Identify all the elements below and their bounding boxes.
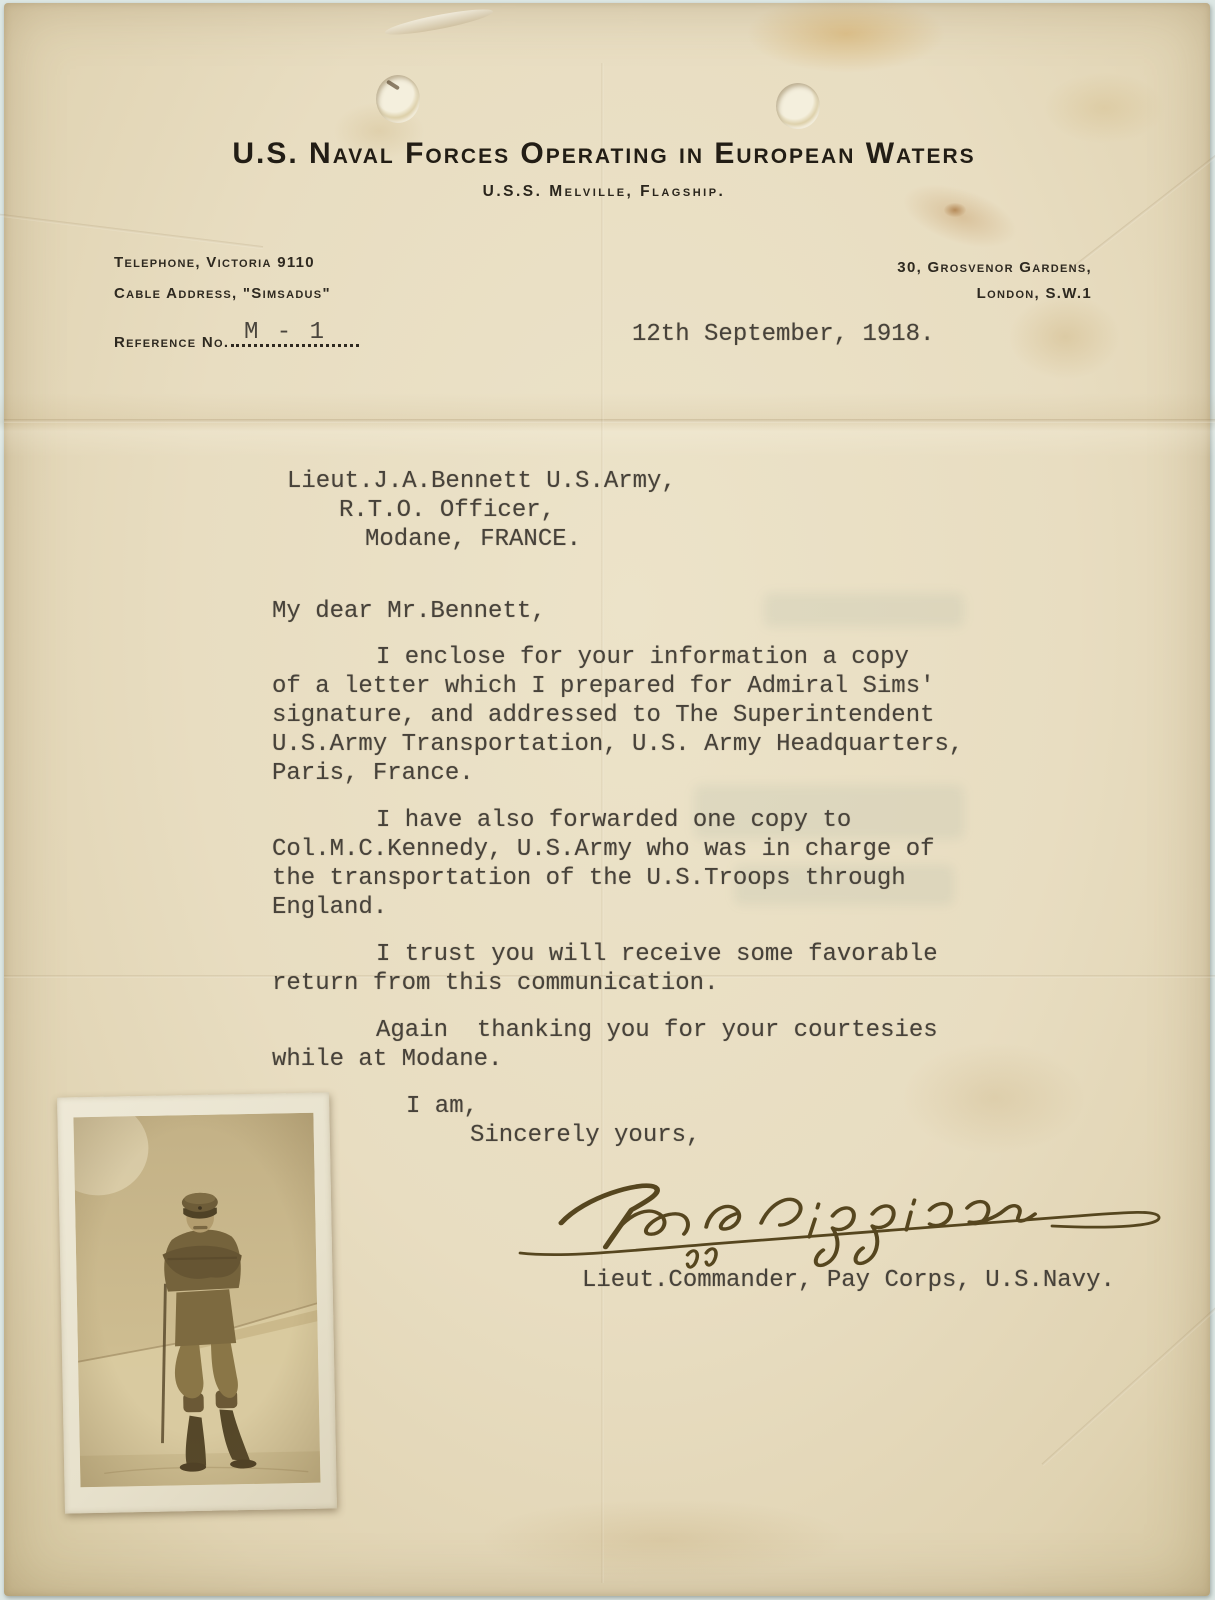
reference-number: M - 1 — [244, 319, 326, 346]
telephone-line: Telephone, Victoria 9110 — [114, 247, 331, 278]
stain — [1044, 73, 1164, 143]
stain — [746, 0, 946, 73]
wrinkle — [384, 5, 495, 40]
letter-paper: U.S. Naval Forces Operating in European … — [4, 3, 1210, 1596]
paragraph-1: I enclose for your information a copy of… — [272, 643, 998, 788]
wrinkle — [0, 212, 263, 249]
recipient-address-block: Lieut.J.A.Bennett U.S.Army, R.T.O. Offic… — [287, 467, 676, 554]
letterhead-address-block: 30, Grosvenor Gardens, London, S.W.1 — [897, 255, 1092, 307]
letterhead-title: U.S. Naval Forces Operating in European … — [4, 137, 1204, 171]
closing-line-1: I am, — [272, 1092, 998, 1121]
letter-date: 12th September, 1918. — [632, 321, 934, 348]
scanned-letter-document: U.S. Naval Forces Operating in European … — [0, 0, 1215, 1600]
signer-title-line: Lieut.Commander, Pay Corps, U.S.Navy. — [582, 1267, 1115, 1294]
paragraph-2: I have also forwarded one copy to Col.M.… — [272, 806, 998, 922]
letterhead-contact-block: Telephone, Victoria 9110 Cable Address, … — [114, 247, 331, 309]
closing-line-2: Sincerely yours, — [272, 1121, 998, 1150]
paragraph-3: I trust you will receive some favorable … — [272, 940, 998, 998]
recipient-name: Lieut.J.A.Bennett U.S.Army, — [287, 467, 676, 496]
recipient-title: R.T.O. Officer, — [287, 496, 676, 525]
letterhead-subtitle: U.S.S. Melville, Flagship. — [4, 183, 1204, 201]
fold-discoloration — [0, 393, 1215, 457]
salutation: My dear Mr.Bennett, — [272, 597, 998, 626]
office-address-line1: 30, Grosvenor Gardens, — [897, 255, 1092, 281]
punch-hole — [376, 75, 420, 123]
stain — [1010, 295, 1120, 379]
paragraph-4: Again thanking you for your courtesies w… — [272, 1016, 998, 1074]
stain — [944, 203, 966, 217]
office-address-line2: London, S.W.1 — [897, 281, 1092, 307]
reference-label: Reference No. — [114, 334, 229, 351]
attached-photograph — [57, 1092, 337, 1513]
letter-body: My dear Mr.Bennett, I enclose for your i… — [272, 597, 998, 1150]
recipient-location: Modane, FRANCE. — [287, 525, 676, 554]
stain — [484, 1499, 844, 1579]
horizontal-fold-crease — [4, 419, 1215, 423]
handwritten-signature — [504, 1159, 1194, 1277]
cable-address-line: Cable Address, "Simsadus" — [114, 278, 331, 309]
reference-row: Reference No. M - 1 — [114, 333, 359, 351]
punch-hole — [776, 83, 820, 129]
officer-photo-image — [73, 1113, 320, 1488]
